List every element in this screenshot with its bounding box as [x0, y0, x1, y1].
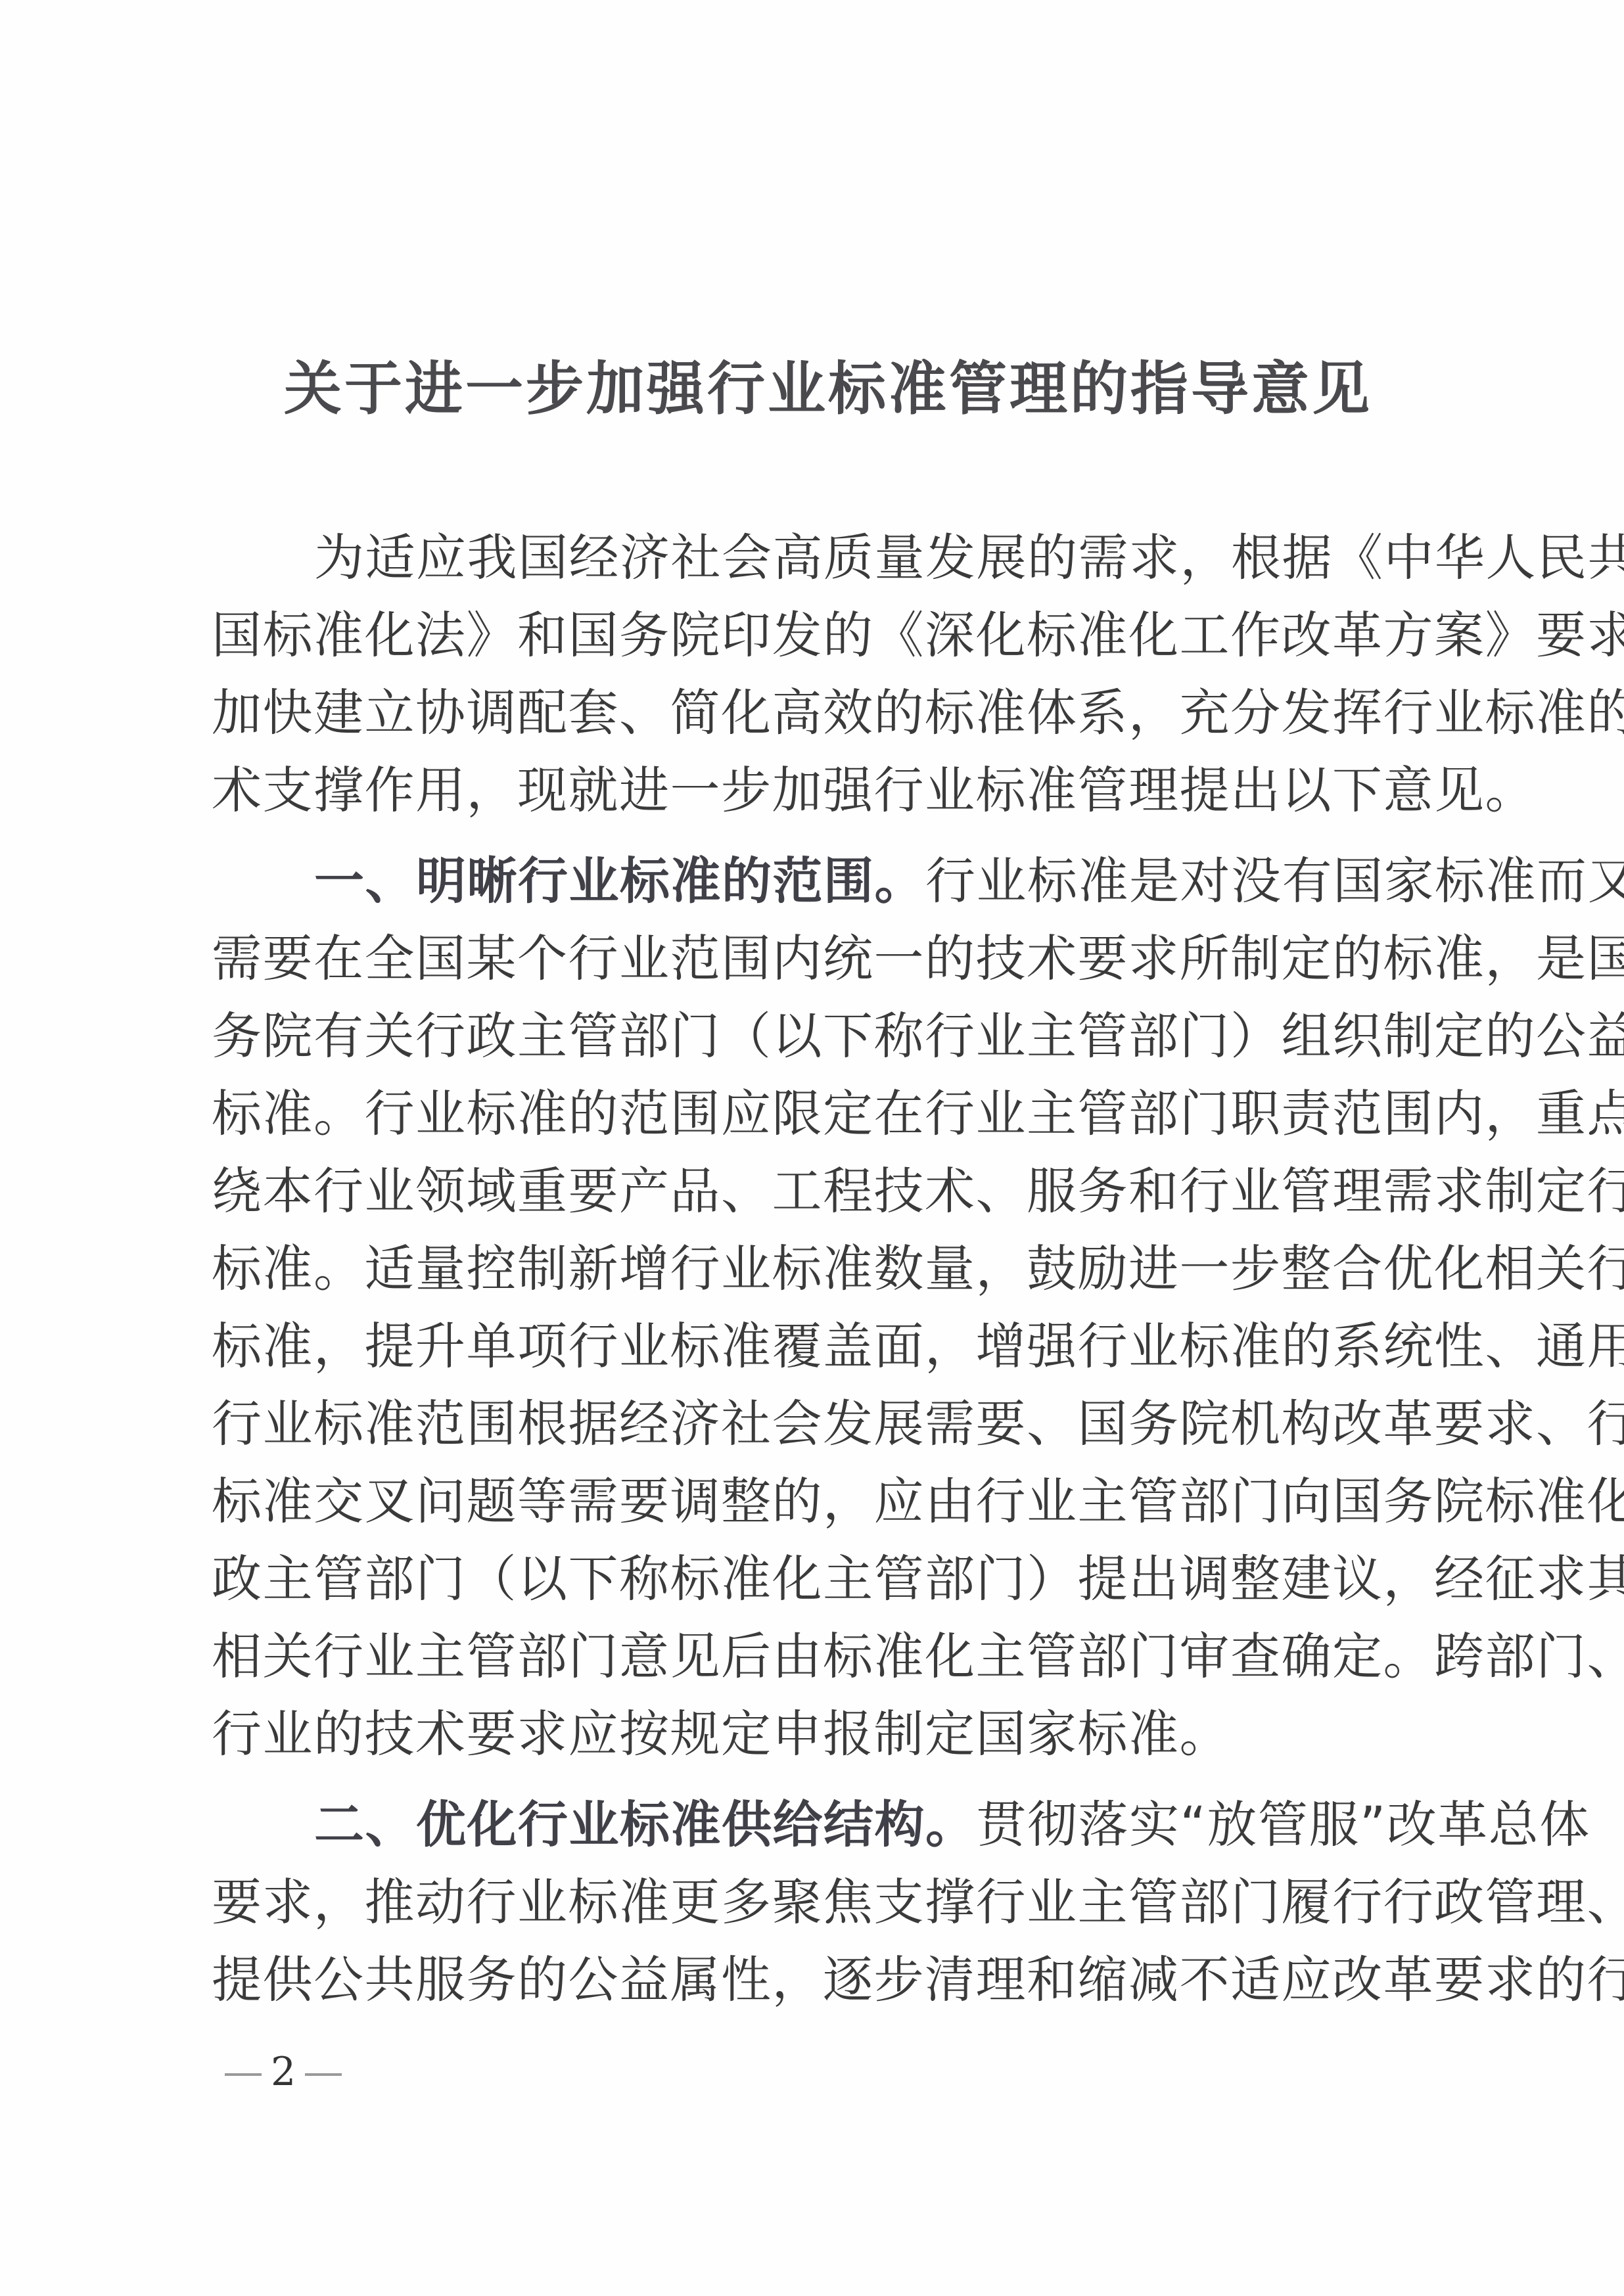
- text-line: 行业标准范围根据经济社会发展需要、国务院机构改革要求、行业: [212, 1385, 1434, 1463]
- text-line: 行业的技术要求应按规定申报制定国家标准。: [212, 1695, 1434, 1773]
- dash-right: [305, 2073, 342, 2076]
- text-line: 标准。行业标准的范围应限定在行业主管部门职责范围内，重点围: [212, 1075, 1434, 1153]
- section-1-heading: 一、明晰行业标准的范围。: [314, 852, 925, 910]
- text-line: 标准交叉问题等需要调整的，应由行业主管部门向国务院标准化行: [212, 1463, 1434, 1540]
- text-line: 提供公共服务的公益属性，逐步清理和缩减不适应改革要求的行: [212, 1941, 1434, 2019]
- text-line: 要求，推动行业标准更多聚焦支撑行业主管部门履行行政管理、: [212, 1864, 1434, 1941]
- text-line: 需要在全国某个行业范围内统一的技术要求所制定的标准，是国: [212, 920, 1434, 998]
- page-number-value: 2: [271, 2049, 296, 2095]
- text-run: 贯彻落实“放管服”改革总体: [977, 1795, 1590, 1854]
- text-line: 加快建立协调配套、简化高效的标准体系，充分发挥行业标准的技: [212, 674, 1434, 752]
- dash-left: [225, 2073, 262, 2076]
- section-2-heading: 二、优化行业标准供给结构。: [314, 1795, 977, 1854]
- page-number: 2: [216, 2049, 351, 2095]
- section-1-paragraph: 一、明晰行业标准的范围。行业标准是对没有国家标准而又 需要在全国某个行业范围内统…: [212, 842, 1434, 1773]
- text-line: 标准，提升单项行业标准覆盖面，增强行业标准的系统性、通用性。: [212, 1308, 1434, 1385]
- text-line: 二、优化行业标准供给结构。贯彻落实“放管服”改革总体: [212, 1786, 1434, 1864]
- document-body: 为适应我国经济社会高质量发展的需求，根据《中华人民共和 国标准化法》和国务院印发…: [212, 519, 1434, 2019]
- text-line: 务院有关行政主管部门（以下称行业主管部门）组织制定的公益类: [212, 998, 1434, 1075]
- text-run: 行业标准是对没有国家标准而又: [925, 852, 1624, 910]
- text-line: 标准。适量控制新增行业标准数量，鼓励进一步整合优化相关行业: [212, 1230, 1434, 1308]
- section-2-paragraph: 二、优化行业标准供给结构。贯彻落实“放管服”改革总体 要求，推动行业标准更多聚焦…: [212, 1786, 1434, 2019]
- text-line: 相关行业主管部门意见后由标准化主管部门审查确定。跨部门、跨: [212, 1618, 1434, 1695]
- text-line: 绕本行业领域重要产品、工程技术、服务和行业管理需求制定行业: [212, 1153, 1434, 1230]
- text-line: 术支撑作用，现就进一步加强行业标准管理提出以下意见。: [212, 752, 1434, 829]
- intro-paragraph: 为适应我国经济社会高质量发展的需求，根据《中华人民共和 国标准化法》和国务院印发…: [212, 519, 1434, 829]
- text-line: 一、明晰行业标准的范围。行业标准是对没有国家标准而又: [212, 842, 1434, 920]
- text-line: 政主管部门（以下称标准化主管部门）提出调整建议，经征求其他: [212, 1540, 1434, 1618]
- document-page: 关于进一步加强行业标准管理的指导意见 为适应我国经济社会高质量发展的需求，根据《…: [0, 0, 1624, 2296]
- document-title: 关于进一步加强行业标准管理的指导意见: [250, 343, 1406, 426]
- text-line: 为适应我国经济社会高质量发展的需求，根据《中华人民共和: [212, 519, 1434, 597]
- text-line: 国标准化法》和国务院印发的《深化标准化工作改革方案》要求，: [212, 597, 1434, 674]
